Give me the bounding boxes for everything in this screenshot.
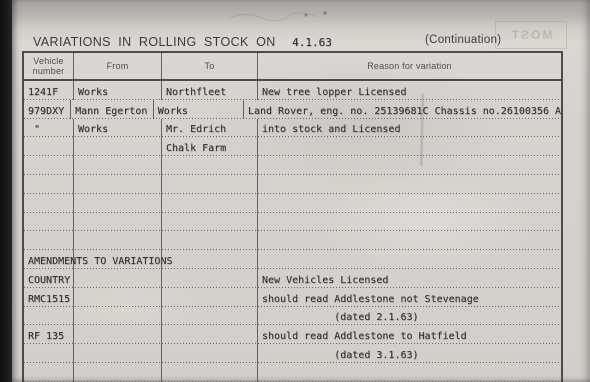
cell-from (74, 137, 162, 156)
page-title: VARIATIONS IN ROLLING STOCK ON (33, 35, 276, 49)
cell-from (74, 175, 162, 194)
cell-reason (258, 175, 561, 194)
cell-to (162, 194, 258, 213)
cell-from (74, 213, 162, 232)
cell-to: Chalk Farm (162, 137, 258, 156)
cell-to (162, 175, 258, 194)
cell-vehicle-number (24, 194, 74, 213)
cell-vehicle-number: " (24, 119, 74, 138)
cell-reason (258, 363, 561, 382)
cell-reason: New Vehicles Licensed (258, 269, 561, 288)
cell-reason: into stock and Licensed (258, 119, 561, 138)
document-header: VARIATIONS IN ROLLING STOCK ON 4.1.63 (33, 33, 332, 51)
cell-reason: (dated 2.1.63) (258, 307, 561, 326)
cell-to (162, 344, 258, 363)
table-row: RMC1515 should read Addlestone not Steve… (24, 288, 561, 307)
cell-to: Mr. Edrich (162, 119, 258, 138)
table-row (24, 213, 561, 232)
table-row (24, 156, 561, 175)
cell-vehicle-number (24, 307, 74, 326)
table-row: (dated 2.1.63) (24, 307, 561, 326)
cell-from: Mann Egerton (71, 100, 154, 119)
cell-to: Works (154, 100, 244, 119)
cell-reason: should read Addlestone not Stevenage (258, 288, 561, 307)
table-row: (dated 3.1.63) (24, 344, 561, 363)
cell-vehicle-number: 979DXY (24, 100, 71, 119)
cell-vehicle-number: RMC1515 (24, 288, 74, 307)
header-vehicle-number: Vehicle number (24, 53, 74, 79)
cell-reason (258, 137, 561, 156)
cell-reason (258, 156, 561, 175)
table-row (24, 194, 561, 213)
cell-from (74, 363, 162, 382)
cell-from: Works (74, 119, 162, 138)
cell-from (74, 194, 162, 213)
variations-table: Vehicle number From To Reason for variat… (22, 51, 563, 382)
cell-reason (258, 213, 561, 232)
cell-to (162, 363, 258, 382)
cell-to (162, 307, 258, 326)
cell-to (162, 325, 258, 344)
cell-to (162, 250, 258, 269)
cell-reason: Land Rover, eng. no. 25139681C Chassis n… (244, 100, 561, 119)
cell-vehicle-number (24, 156, 74, 175)
header-to: To (162, 53, 258, 79)
cell-from (74, 156, 162, 175)
table-row (24, 175, 561, 194)
cell-from: Works (74, 81, 162, 100)
cell-to (162, 288, 258, 307)
cell-reason (258, 250, 561, 269)
paper-sheet: MOST VARIATIONS IN ROLLING STOCK ON 4.1.… (12, 0, 590, 382)
cell-from (74, 288, 162, 307)
header-from: From (74, 53, 162, 79)
table-row: RF 135 should read Addlestone to Hatfiel… (24, 325, 561, 344)
table-row (24, 231, 561, 250)
table-row: 979DXY Mann Egerton Works Land Rover, en… (24, 100, 561, 119)
cell-vehicle-number (24, 363, 74, 382)
cell-vehicle-number (24, 213, 74, 232)
cell-vehicle-number (24, 175, 74, 194)
table-row (24, 363, 561, 382)
cell-vehicle-number (24, 231, 74, 250)
table-row: " Works Mr. Edrich into stock and Licens… (24, 119, 561, 138)
pencil-squiggle-mark (224, 6, 354, 26)
cell-vehicle-number (24, 344, 74, 363)
table-row: COUNTRY New Vehicles Licensed (24, 269, 561, 288)
table-row: AMENDMENTS TO VARIATIONS (24, 250, 561, 269)
cell-reason (258, 231, 561, 250)
ghost-print-through: MOST (495, 21, 567, 49)
scanned-document: MOST VARIATIONS IN ROLLING STOCK ON 4.1.… (0, 0, 590, 382)
table-header-row: Vehicle number From To Reason for variat… (24, 53, 561, 81)
cell-to (162, 231, 258, 250)
typed-date: 4.1.63 (292, 36, 332, 49)
cell-to: Northfleet (162, 81, 258, 100)
cell-vehicle-number: COUNTRY (24, 269, 74, 288)
cell-from (74, 344, 162, 363)
cell-to (162, 213, 258, 232)
cell-from (74, 250, 162, 269)
table-row: Chalk Farm (24, 137, 561, 156)
cell-reason: New tree lopper Licensed (258, 81, 561, 100)
cell-reason: should read Addlestone to Hatfield (258, 325, 561, 344)
cell-vehicle-number (24, 137, 74, 156)
cell-from (74, 325, 162, 344)
cell-to (162, 269, 258, 288)
table-row: 1241F Works Northfleet New tree lopper L… (24, 81, 561, 100)
cell-from (74, 231, 162, 250)
continuation-label: (Continuation) (425, 34, 501, 46)
header-reason: Reason for variation (258, 53, 561, 79)
cell-from (74, 269, 162, 288)
cell-vehicle-number: RF 135 (24, 325, 74, 344)
table-body: 1241F Works Northfleet New tree lopper L… (24, 81, 561, 382)
cell-vehicle-number: AMENDMENTS TO VARIATIONS (24, 250, 74, 269)
cell-to (162, 156, 258, 175)
cell-reason: (dated 3.1.63) (258, 344, 561, 363)
cell-vehicle-number: 1241F (24, 81, 74, 100)
cell-reason (258, 194, 561, 213)
cell-from (74, 307, 162, 326)
